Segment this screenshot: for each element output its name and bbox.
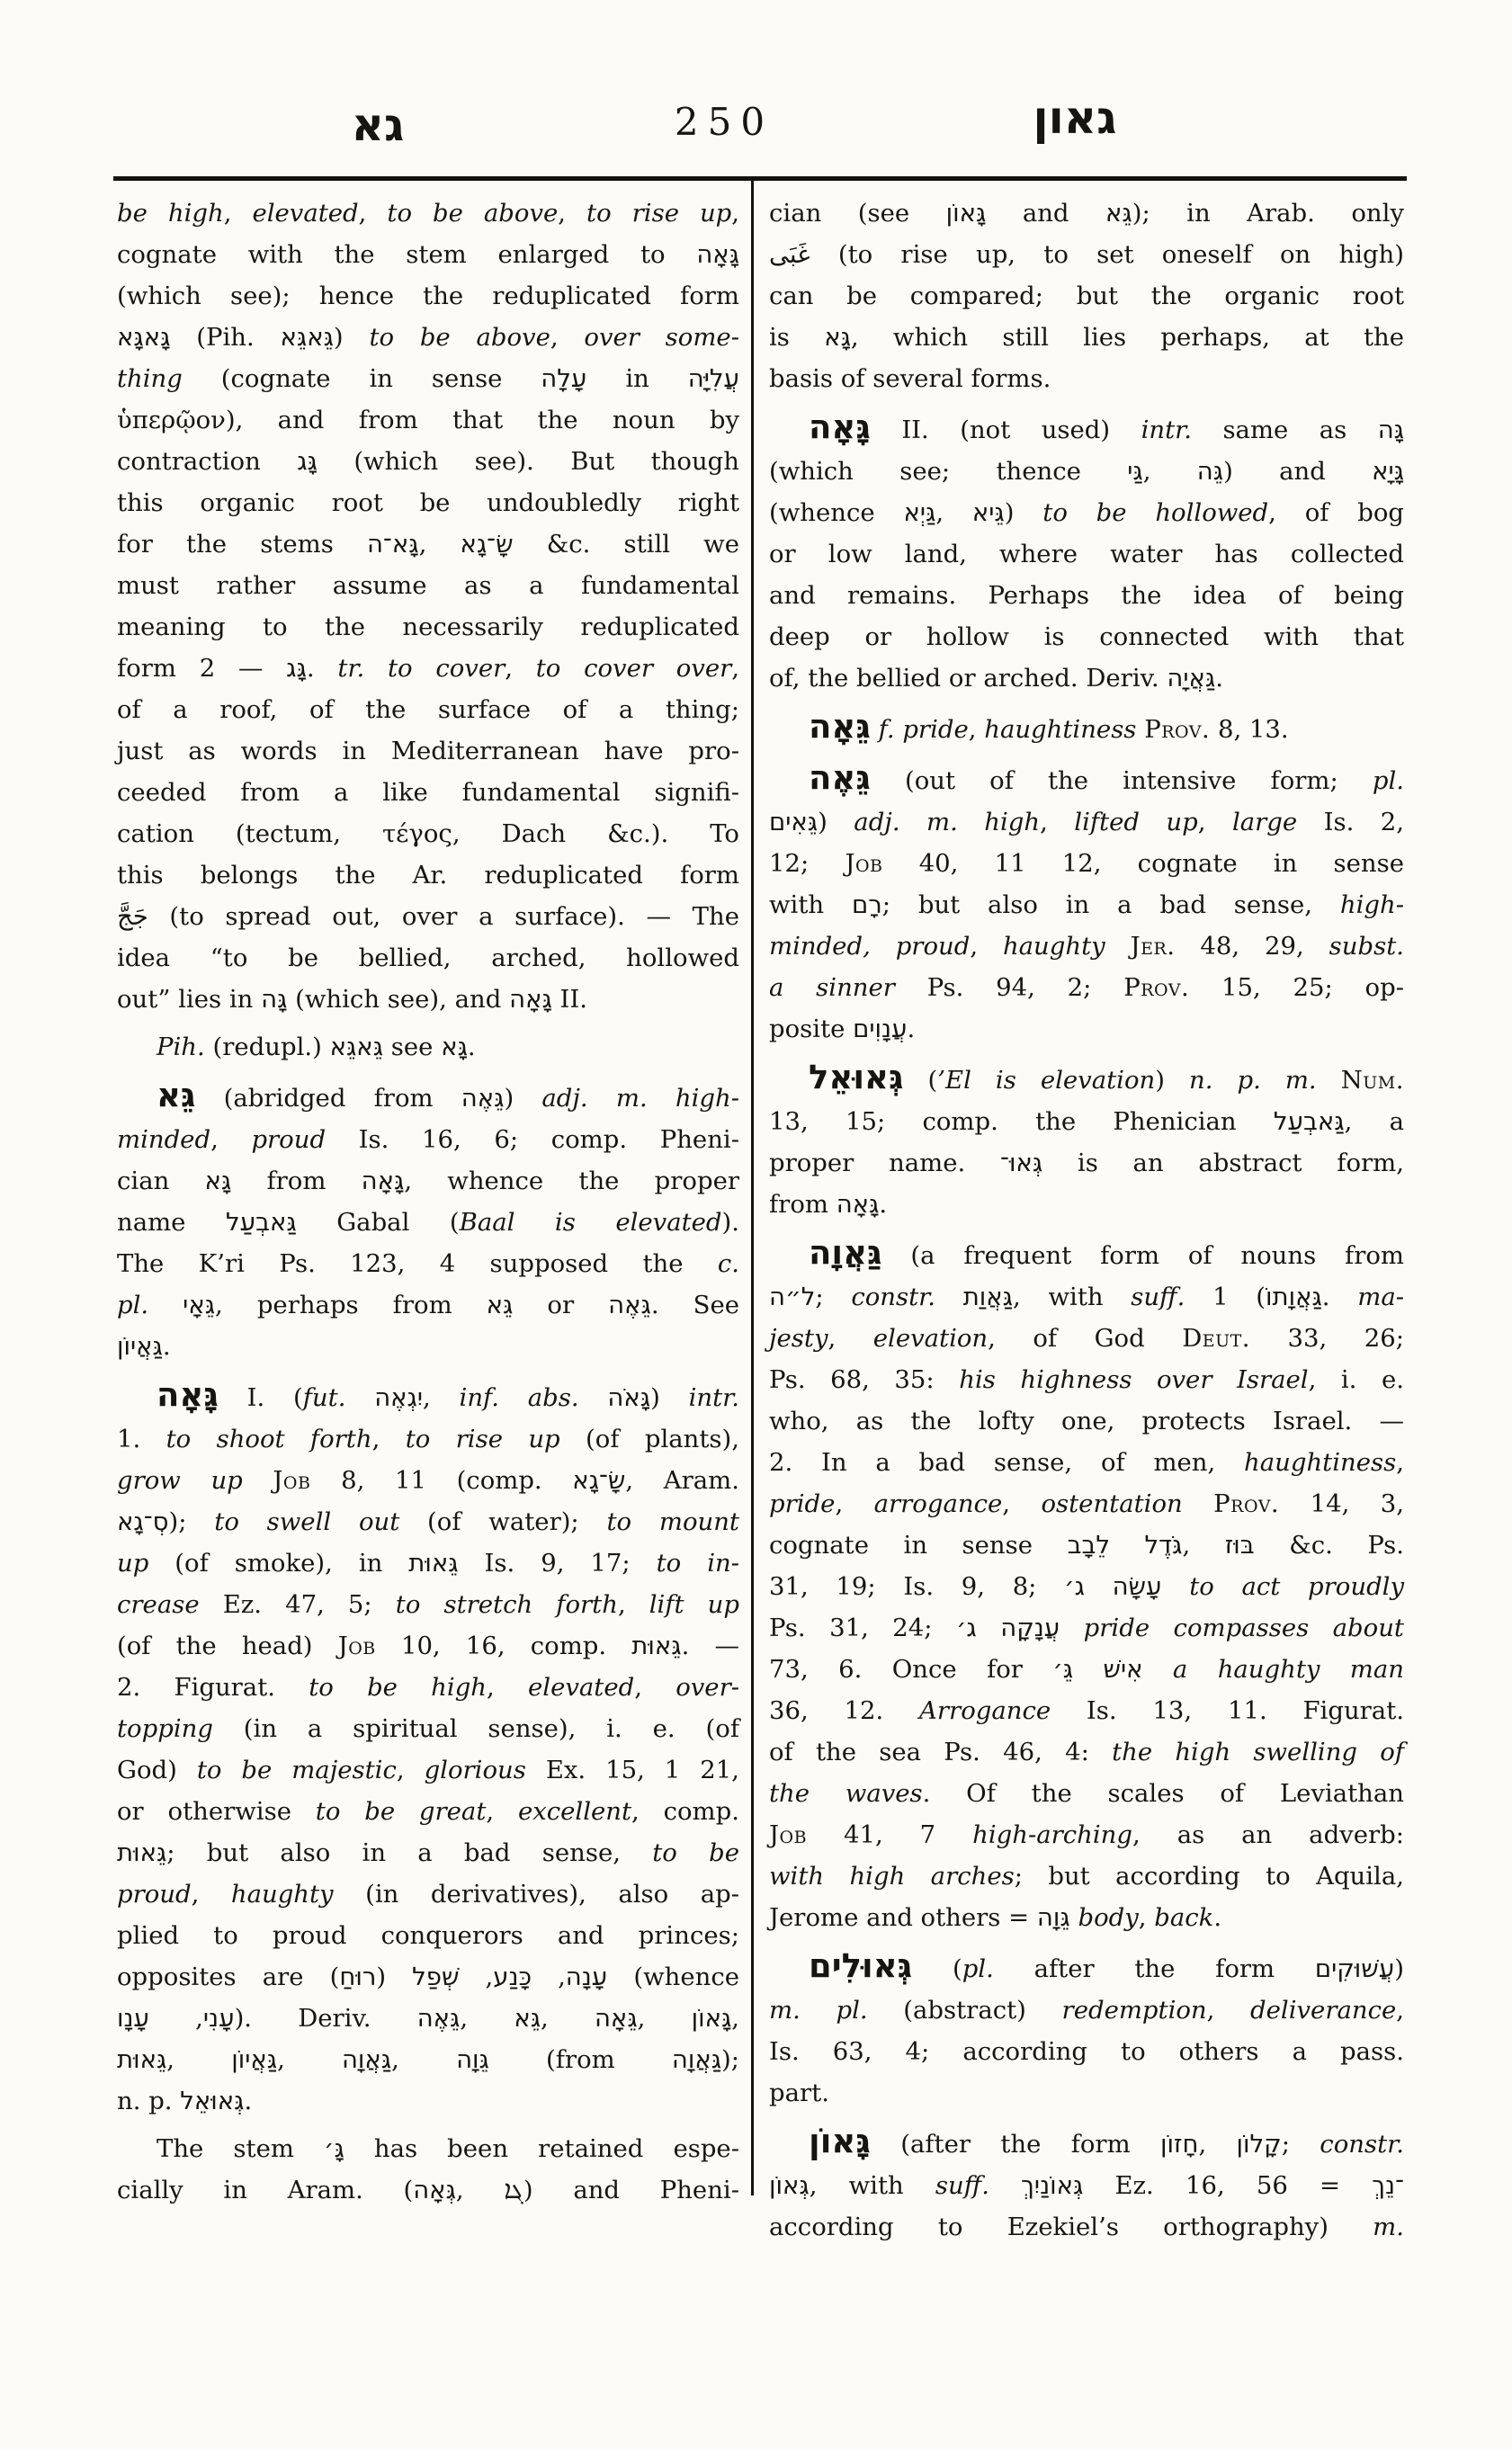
text-line: jesty, elevation, of God Deut. 33, 26; (769, 1318, 1404, 1359)
text-line: גַּאֲוָה (a frequent form of nouns from (769, 1235, 1404, 1276)
dictionary-paragraph: גַּאֲוָה (a frequent form of nouns fromל… (769, 1235, 1404, 1938)
text-line: thing (cognate in sense עָלָה in עֲלִיָּ… (117, 358, 739, 399)
text-line: Pih. (redupl.) גֵּאגֵּא see גָּא. (117, 1026, 739, 1068)
text-line: 1. to shoot forth, to rise up (of plants… (117, 1418, 739, 1460)
text-line: 73, 6. Once for אִישׁ גֵּ׳ a haughty man (769, 1649, 1404, 1690)
dictionary-paragraph: גֵּאֶה (out of the intensive form; pl.גֵ… (769, 760, 1404, 1050)
dictionary-paragraph: גָּאָה I. (fut. יִגְאֶה, inf. abs. גָּאֹ… (117, 1377, 739, 2122)
dictionary-paragraph: Pih. (redupl.) גֵּאגֵּא see גָּא. (117, 1026, 739, 1068)
text-line: (which see; thence גַּי,‎ גֵּה) and גָּי… (769, 451, 1404, 492)
text-line: 31, 19; Is. 9, 8; עָשָׂה ג׳ to act proud… (769, 1566, 1404, 1607)
text-line: out” lies in גָּה (which see), and גָּאָ… (117, 979, 739, 1020)
text-line: cognate with the stem enlarged to גָּאָה (117, 234, 739, 275)
text-line: is גָּא, which still lies perhaps, at th… (769, 317, 1404, 358)
text-line: God) to be majestic, glorious Ex. 15, 1 … (117, 1749, 739, 1791)
text-line: Jerome and others = גֵּוָה body, back. (769, 1897, 1404, 1938)
text-line: גַּאֲיוֹן. (117, 1326, 739, 1367)
text-line: 2. Figurat. to be high, elevated, over- (117, 1667, 739, 1708)
text-line: (of the head) Job 10, 16, comp. גֵּאוּת.… (117, 1625, 739, 1667)
text-line: proud, haughty (in derivatives), also ap… (117, 1873, 739, 1915)
hebrew-headword: גַּאֲוָה (809, 1233, 882, 1272)
text-line: cian גָּא from גָּאָה, whence the proper (117, 1160, 739, 1202)
text-line: סְ־גָא); to swell out (of water); to mou… (117, 1501, 739, 1542)
page-header: גא 250 גאון (0, 81, 1512, 180)
text-line: from גָּאָה. (769, 1184, 1404, 1225)
text-line: name גַּאבְעַל Gabal (Baal is elevated). (117, 1202, 739, 1243)
text-line: for the stems גָּא־ה,‎ שָׂ־גָא &c. still… (117, 523, 739, 565)
dictionary-paragraph: גְּאוּאֵל (’El is elevation) n. p. m. Nu… (769, 1060, 1404, 1225)
text-line: with high arches; but according to Aquil… (769, 1855, 1404, 1897)
text-line: n. p. גְּאוּאֵל. (117, 2080, 739, 2122)
text-line: topping (in a spiritual sense), i. e. (o… (117, 1708, 739, 1749)
text-line: with רָם; but also in a bad sense, high- (769, 884, 1404, 925)
text-line: according to Ezekiel’s orthography) m. (769, 2206, 1404, 2248)
text-line: cation (tectum, τέγος, Dach &c.). To (117, 813, 739, 854)
text-line: גְּאוֹן, with suff. גְּאוֹנַיִךְ Ez. 16,… (769, 2165, 1404, 2206)
text-line: a sinner Ps. 94, 2; Prov. 15, 25; op- (769, 967, 1404, 1008)
hebrew-headword: גָּאָה (809, 407, 871, 446)
text-line: cognate in sense גֹּדֶל לֵבָב,‎ בּוּז &c… (769, 1525, 1404, 1566)
text-line: ceeded from a like fundamental signifi- (117, 772, 739, 813)
text-line: 36, 12. Arrogance Is. 13, 11. Figurat. (769, 1690, 1404, 1731)
text-line: גָּאגָּא (Pih. גֵּאגֵּא) to be above, ov… (117, 317, 739, 358)
text-line: be high, elevated, to be above, to rise … (117, 192, 739, 234)
text-line: The stem גָּ׳ has been retained espe- (117, 2128, 739, 2169)
text-line: of, the bellied or arched. Deriv. גַּאֲי… (769, 657, 1404, 699)
text-line: גֵּאוּת,‎ גַּאֲיוֹן,‎ גַּאֲוָה,‎ גֵּוָה … (117, 2039, 739, 2080)
text-line: Ps. 31, 24; עֲנָקָה ג׳ pride compasses a… (769, 1607, 1404, 1649)
header-rule (113, 176, 1407, 181)
text-line: this belongs the Ar. reduplicated form (117, 854, 739, 896)
text-line: The K’ri Ps. 123, 4 supposed the c. (117, 1243, 739, 1284)
hebrew-headword: גֵּא (157, 1076, 195, 1114)
text-line: minded, proud, haughty Jer. 48, 29, subs… (769, 925, 1404, 967)
text-line: crease Ez. 47, 5; to stretch forth, lift… (117, 1584, 739, 1625)
text-line: pride, arrogance, ostentation Prov. 14, … (769, 1483, 1404, 1525)
text-columns: be high, elevated, to be above, to rise … (117, 192, 1404, 2248)
text-line: idea “to be bellied, arched, hollowed (117, 937, 739, 979)
text-line: ὑπερῷον), and from that the noun by (117, 399, 739, 441)
text-line: part. (769, 2072, 1404, 2114)
dictionary-paragraph: גֵּאָה f. pride, haughtiness Prov. 8, 13… (769, 709, 1404, 750)
text-line: meaning to the necessarily reduplicated (117, 606, 739, 648)
text-line: of the sea Ps. 46, 4: the high swelling … (769, 1731, 1404, 1773)
text-line: 13, 15; comp. the Phenician גַּאבְעַל, a (769, 1101, 1404, 1142)
dictionary-paragraph: גָּאוֹן (after the form חָזוֹן,‎ קָלוֹן;… (769, 2124, 1404, 2248)
text-line: جَجَّ (to spread out, over a surface). —… (117, 896, 739, 937)
hebrew-headword: גְּאוּלִים (809, 1946, 912, 1985)
text-line: (whence גַּיְא,‎ גֵּיא) to be hollowed, … (769, 492, 1404, 533)
hebrew-headword: גֵּאָה (809, 707, 871, 746)
text-line: 12; Job 40, 11 12, cognate in sense (769, 843, 1404, 884)
column-left: be high, elevated, to be above, to rise … (117, 192, 739, 2248)
text-line: just as words in Mediterranean have pro- (117, 730, 739, 772)
text-line: cian (see גָּאוֹן and גֵּא); in Arab. on… (769, 192, 1404, 234)
text-line: deep or hollow is connected with that (769, 616, 1404, 657)
text-line: גְּאוּאֵל (’El is elevation) n. p. m. Nu… (769, 1060, 1404, 1101)
text-line: this organic root be undoubledly right (117, 482, 739, 523)
text-line: Ps. 68, 35: his highness over Israel, i.… (769, 1359, 1404, 1400)
text-line: גֵּאִים) adj. m. high, lifted up, large … (769, 801, 1404, 843)
hebrew-headword: גֵּאֶה (809, 758, 871, 797)
text-line: the waves. Of the scales of Leviathan (769, 1773, 1404, 1814)
hebrew-headword: גָּאָה (157, 1375, 219, 1414)
text-line: of a roof, of the surface of a thing; (117, 689, 739, 730)
dictionary-paragraph: The stem גָּ׳ has been retained espe-cia… (117, 2128, 739, 2211)
text-line: m. pl. (abstract) redemption, deliveranc… (769, 1990, 1404, 2031)
text-line: ל״ה; constr. גַּאֲוַת, with suff. גַּאֲו… (769, 1276, 1404, 1318)
header-catchword-left: גא (297, 94, 459, 156)
header-catchword-right: גאון (985, 86, 1165, 149)
text-line: גֵּאֶה (out of the intensive form; pl. (769, 760, 1404, 801)
text-line: proper name. גְּאוּ־ is an abstract form… (769, 1142, 1404, 1184)
text-line: גָּאָה I. (fut. יִגְאֶה, inf. abs. גָּאֹ… (117, 1377, 739, 1418)
text-line: opposites are עָנָה, כָּנַע, שְׁפַל (רוּ… (117, 1956, 739, 1998)
lexicon-page: גא 250 גאון be high, elevated, to be abo… (0, 0, 1512, 2450)
text-line: posite עֲנָוִים. (769, 1008, 1404, 1050)
column-right: cian (see גָּאוֹן and גֵּא); in Arab. on… (769, 192, 1404, 2248)
text-line: גֵּא (abridged from גֵּאֶה) adj. m. high… (117, 1077, 739, 1119)
text-line: גָּאוֹן (after the form חָזוֹן,‎ קָלוֹן;… (769, 2124, 1404, 2165)
dictionary-paragraph: גָּאָה II. (not used) intr. same as גָּה… (769, 409, 1404, 699)
text-line: Job 41, 7 high-arching, as an adverb: (769, 1814, 1404, 1855)
text-line: or otherwise to be great, excellent, com… (117, 1791, 739, 1832)
text-line: or low land, where water has collected (769, 533, 1404, 575)
text-line: can be compared; but the organic root (769, 275, 1404, 317)
hebrew-headword: גָּאוֹן (809, 2122, 871, 2160)
text-line: Is. 63, 4; according to others a pass. (769, 2031, 1404, 2072)
text-line: pl. גֵּאָי, perhaps from גֵּא or גֵּאֶה.… (117, 1284, 739, 1326)
text-line: contraction גָּג (which see). But though (117, 441, 739, 482)
text-line: גְּאוּלִים (pl. after the form עֲשׁוּקִי… (769, 1948, 1404, 1990)
text-line: plied to proud conquerors and princes; (117, 1915, 739, 1956)
text-line: minded, proud Is. 16, 6; comp. Pheni- (117, 1119, 739, 1160)
text-line: (which see); hence the reduplicated form (117, 275, 739, 317)
text-line: and remains. Perhaps the idea of being (769, 575, 1404, 616)
text-line: עָנִי, עָנָו). Deriv. גֵּאֶה,‎ גֵּא,‎ גֵ… (117, 1998, 739, 2039)
dictionary-paragraph: be high, elevated, to be above, to rise … (117, 192, 739, 1020)
page-number: 250 (630, 95, 819, 149)
text-line: up (of smoke), in גֵּאוּת Is. 9, 17; to … (117, 1542, 739, 1584)
text-line: גֵּאוּת; but also in a bad sense, to be (117, 1832, 739, 1873)
hebrew-headword: גְּאוּאֵל (809, 1058, 904, 1096)
text-line: cially in Aram. (גְּאָה,‎ ܓܐ) and Pheni- (117, 2169, 739, 2211)
text-line: גָּאָה II. (not used) intr. same as גָּה (769, 409, 1404, 451)
text-line: grow up Job 8, 11 (comp. שָׂ־גָא, Aram. (117, 1460, 739, 1501)
text-line: who, as the lofty one, protects Israel. … (769, 1400, 1404, 1442)
text-line: basis of several forms. (769, 358, 1404, 399)
text-line: must rather assume as a fundamental (117, 565, 739, 606)
dictionary-paragraph: גֵּא (abridged from גֵּאֶה) adj. m. high… (117, 1077, 739, 1367)
text-line: גֵּאָה f. pride, haughtiness Prov. 8, 13… (769, 709, 1404, 750)
dictionary-paragraph: גְּאוּלִים (pl. after the form עֲשׁוּקִי… (769, 1948, 1404, 2114)
text-line: 2. In a bad sense, of men, haughtiness, (769, 1442, 1404, 1483)
text-line: form גָּג — 2. tr. to cover, to cover ov… (117, 648, 739, 689)
dictionary-paragraph: cian (see גָּאוֹן and גֵּא); in Arab. on… (769, 192, 1404, 399)
text-line: غَبَى (to rise up, to set oneself on hig… (769, 234, 1404, 275)
